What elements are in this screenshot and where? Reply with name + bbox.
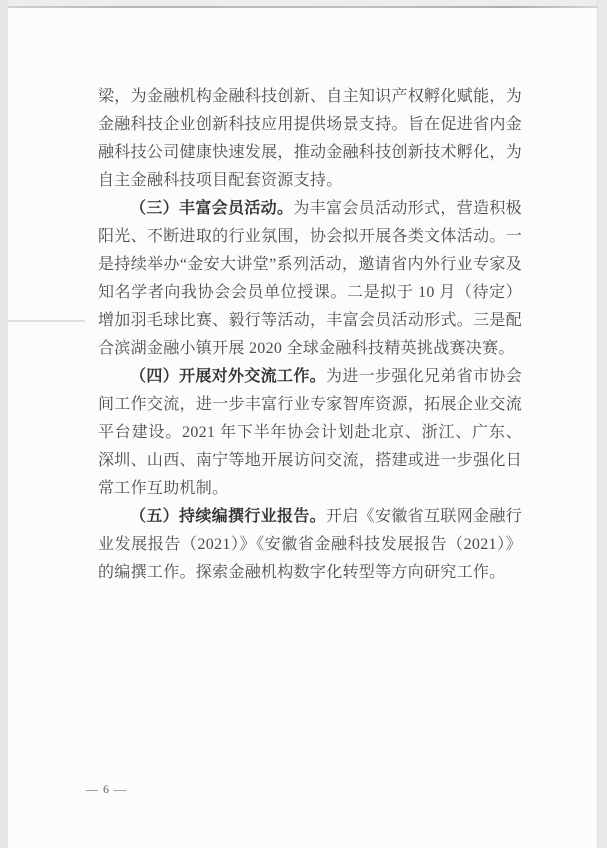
paragraph-section-3-member-activities: （三）丰富会员活动。为丰富会员活动形式，营造积极阳光、不断进取的行业氛围，协会拟… [98, 195, 522, 363]
paragraph-section-5-industry-reports: （五）持续编撰行业报告。开启《安徽省互联网金融行业发展报告（2021）》《安徽省… [98, 503, 522, 587]
page-number: — 6 — [86, 782, 127, 797]
scan-edge-left [0, 0, 8, 848]
paragraph-text: 梁，为金融机构金融科技创新、自主知识产权孵化赋能，为金融科技企业创新科技应用提供… [98, 88, 522, 189]
scan-artifact-line [8, 320, 85, 322]
page-top-edge-shadow [8, 6, 600, 8]
section-heading-4: （四）开展对外交流工作。 [130, 368, 326, 385]
paragraph-text: 为丰富会员活动形式，营造积极阳光、不断进取的行业氛围，协会拟开展各类文体活动。一… [98, 200, 522, 357]
paragraph-section-4-external-exchange: （四）开展对外交流工作。为进一步强化兄弟省市协会间工作交流，进一步丰富行业专家智… [98, 363, 522, 503]
paragraph-continuation: 梁，为金融机构金融科技创新、自主知识产权孵化赋能，为金融科技企业创新科技应用提供… [98, 83, 522, 195]
document-body: 梁，为金融机构金融科技创新、自主知识产权孵化赋能，为金融科技企业创新科技应用提供… [98, 83, 522, 587]
scan-edge-right [597, 0, 607, 848]
paragraph-text: 为进一步强化兄弟省市协会间工作交流，进一步丰富行业专家智库资源，拓展企业交流平台… [98, 368, 522, 497]
section-heading-5: （五）持续编撰行业报告。 [130, 508, 326, 525]
section-heading-3: （三）丰富会员活动。 [130, 200, 293, 217]
